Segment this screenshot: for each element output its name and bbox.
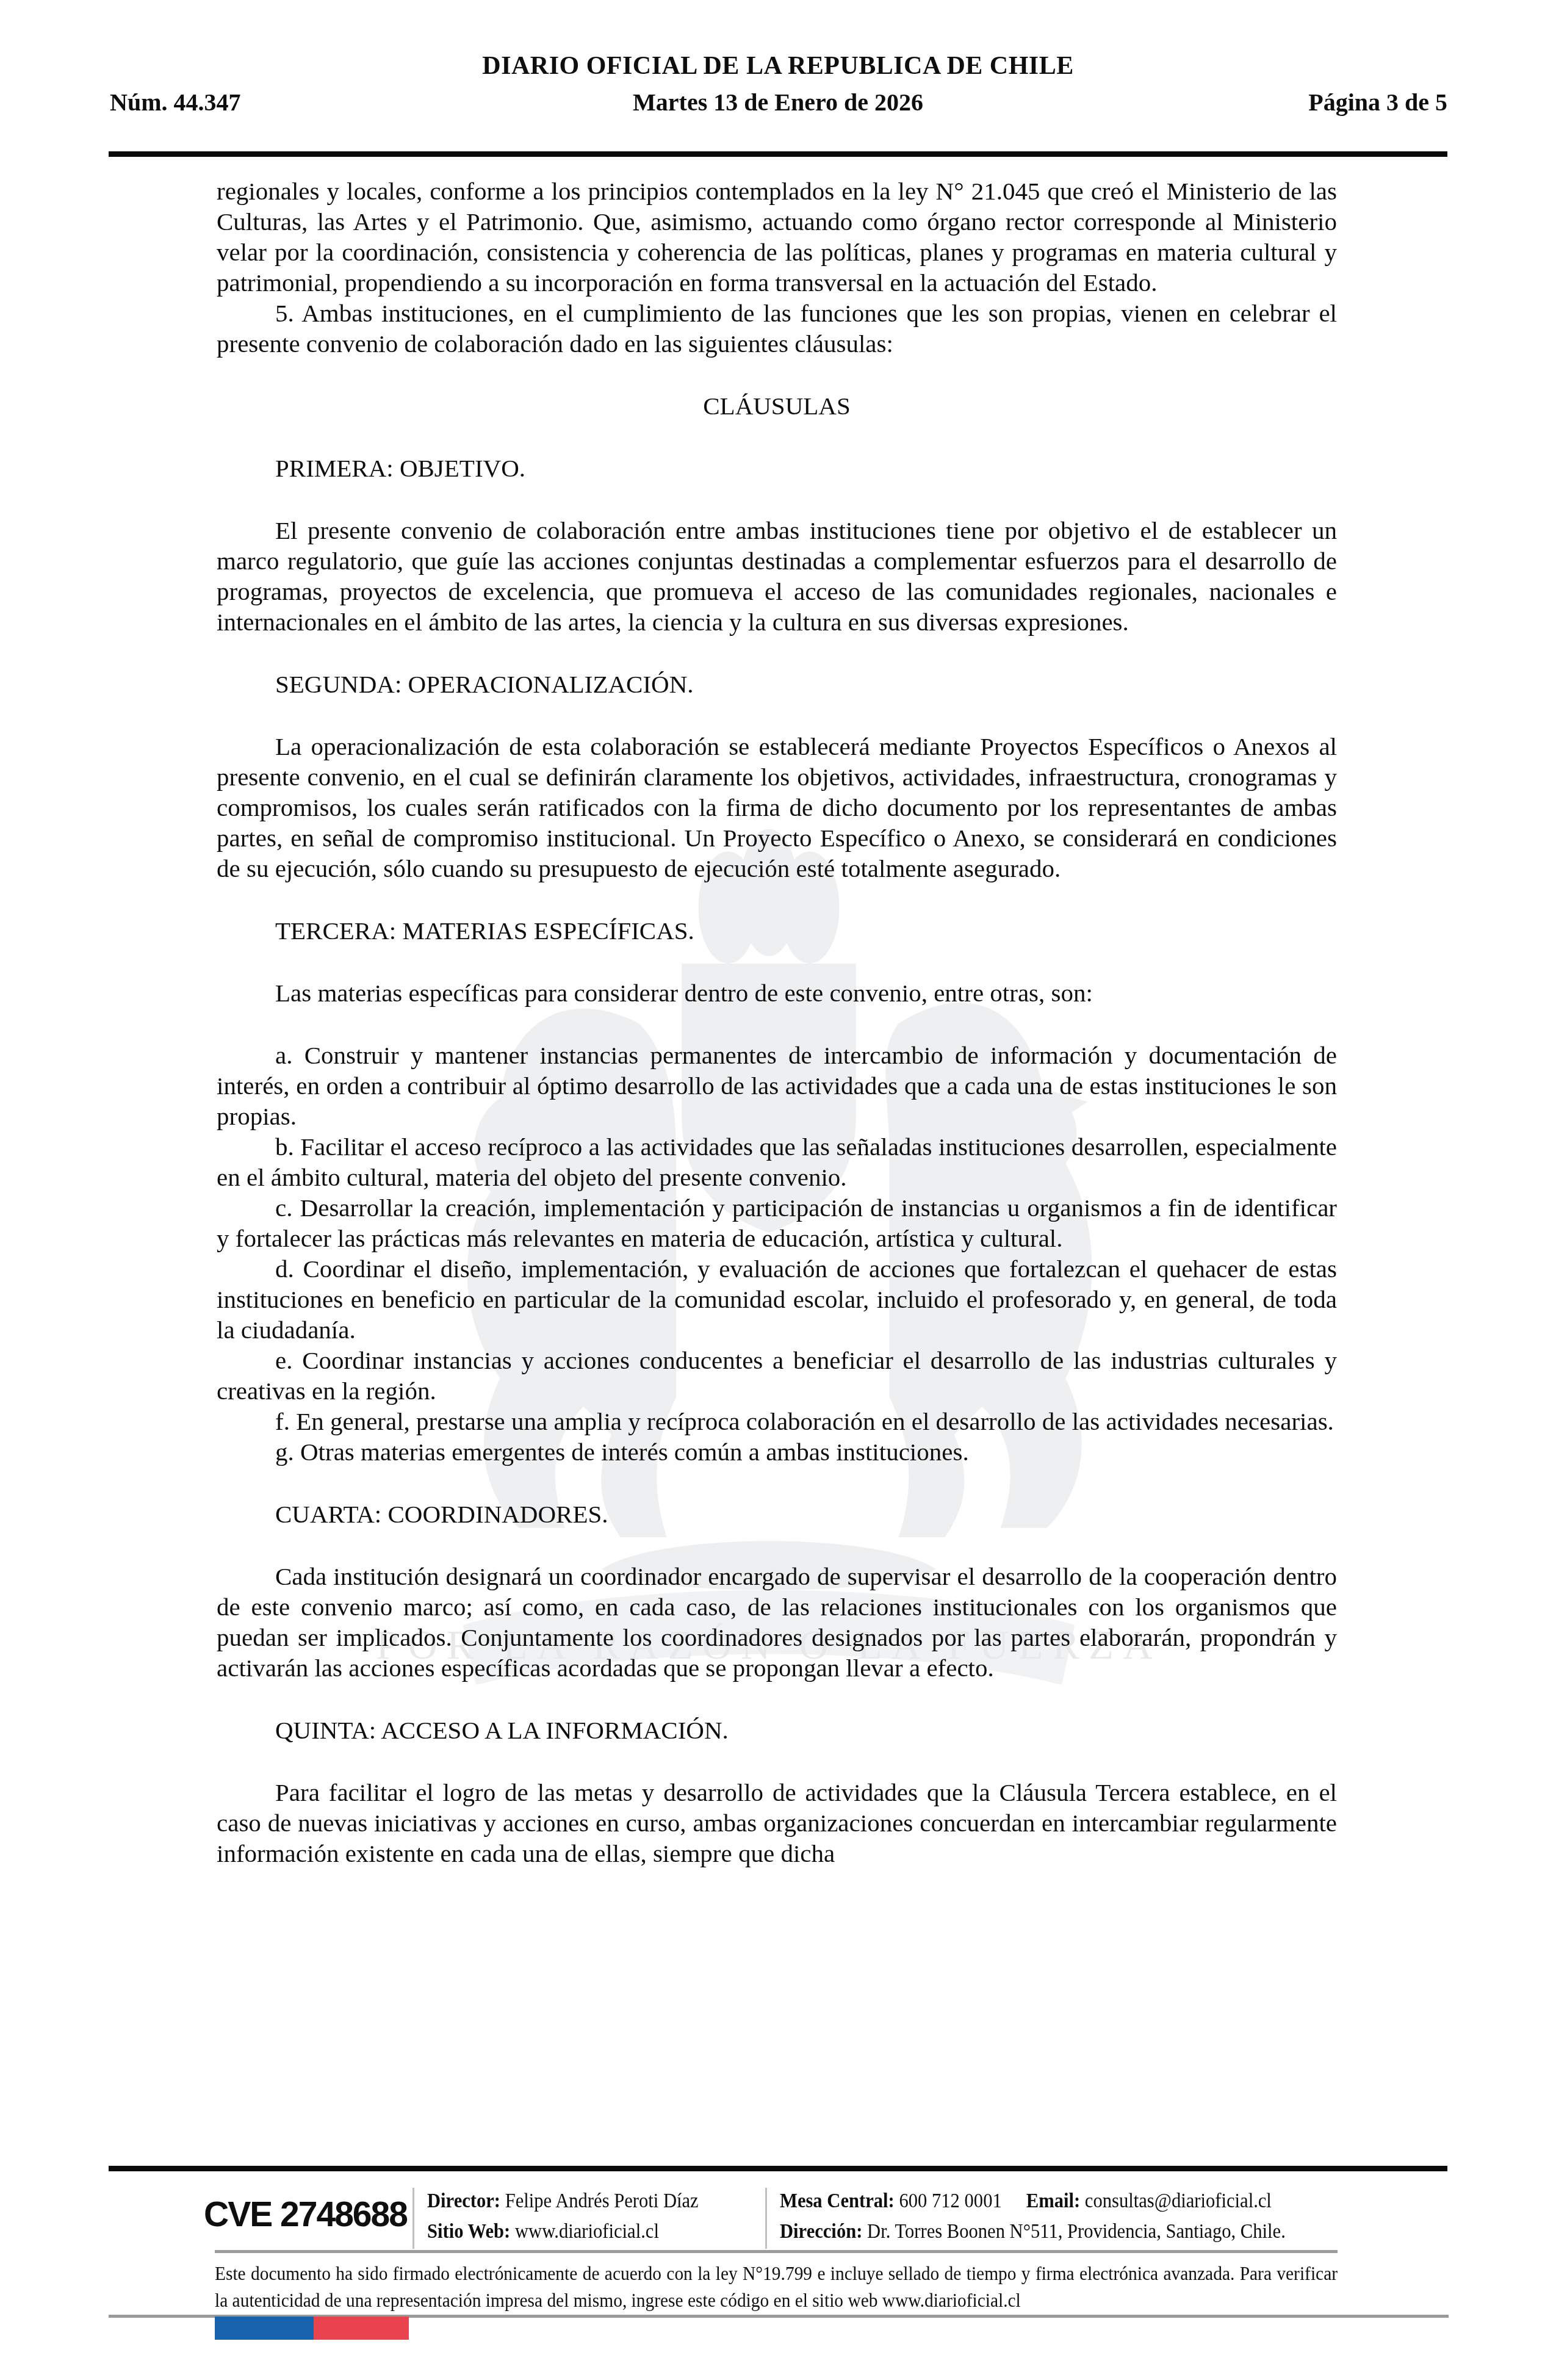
section-heading-segunda: SEGUNDA: OPERACIONALIZACIÓN. [217, 669, 1337, 699]
page-indicator: Página 3 de 5 [1308, 88, 1447, 117]
list-item-b: b. Facilitar el acceso recíproco a las a… [217, 1131, 1337, 1192]
clausulas-title: CLÁUSULAS [217, 391, 1337, 421]
paragraph-materias-intro: Las materias específicas para considerar… [217, 978, 1337, 1008]
section-heading-cuarta: CUARTA: COORDINADORES. [217, 1499, 1337, 1529]
list-item-c: c. Desarrollar la creación, implementaci… [217, 1192, 1337, 1253]
phone-label: Mesa Central: [780, 2190, 895, 2212]
header-rule [109, 151, 1447, 157]
list-item-a: a. Construir y mantener instancias perma… [217, 1040, 1337, 1131]
director-line: Director: Felipe Andrés Peroti Díaz [427, 2186, 699, 2216]
flag-blue-block [215, 2317, 314, 2340]
chile-flag-mark [215, 2317, 409, 2340]
director-label: Director: [427, 2190, 500, 2212]
footer-top-rule [109, 2166, 1447, 2171]
footer-divider-2 [765, 2188, 767, 2249]
address-value: Dr. Torres Boonen N°511, Providencia, Sa… [867, 2220, 1286, 2243]
email-label: Email: [1026, 2190, 1080, 2212]
footer-gray-rule-upper [215, 2250, 1338, 2253]
director-value: Felipe Andrés Peroti Díaz [505, 2190, 699, 2212]
list-item-e: e. Coordinar instancias y acciones condu… [217, 1345, 1337, 1406]
list-item-g: g. Otras materias emergentes de interés … [217, 1437, 1337, 1467]
list-item-d: d. Coordinar el diseño, implementación, … [217, 1253, 1337, 1345]
document-page: DIARIO OFICIAL DE LA REPUBLICA DE CHILE … [0, 0, 1556, 2380]
footer-divider-1 [412, 2188, 414, 2249]
publication-title: DIARIO OFICIAL DE LA REPUBLICA DE CHILE [0, 51, 1556, 81]
paragraph-continuation: regionales y locales, conforme a los pri… [217, 176, 1337, 298]
section-heading-primera: PRIMERA: OBJETIVO. [217, 453, 1337, 483]
paragraph-operacionalizacion: La operacionalización de esta colaboraci… [217, 731, 1337, 884]
email-value: consultas@diarioficial.cl [1085, 2190, 1272, 2212]
list-item-f: f. En general, prestarse una amplia y re… [217, 1406, 1337, 1437]
paragraph-objetivo: El presente convenio de colaboración ent… [217, 515, 1337, 637]
paragraph-acceso-informacion: Para facilitar el logro de las metas y d… [217, 1777, 1337, 1869]
address-label: Dirección: [780, 2220, 862, 2243]
website-label: Sitio Web: [427, 2220, 510, 2243]
footer-director-column: Director: Felipe Andrés Peroti Díaz Siti… [427, 2186, 699, 2247]
footer-contact-column: Mesa Central: 600 712 0001 Email: consul… [780, 2186, 1286, 2247]
cve-code: CVE 2748688 [204, 2194, 407, 2235]
body-text: regionales y locales, conforme a los pri… [217, 176, 1337, 1869]
flag-red-block [314, 2317, 409, 2340]
website-value: www.diarioficial.cl [515, 2220, 659, 2243]
paragraph-coordinadores: Cada institución designará un coordinado… [217, 1561, 1337, 1683]
section-heading-tercera: TERCERA: MATERIAS ESPECÍFICAS. [217, 915, 1337, 946]
section-heading-quinta: QUINTA: ACCESO A LA INFORMACIÓN. [217, 1715, 1337, 1745]
website-line: Sitio Web: www.diarioficial.cl [427, 2216, 699, 2247]
paragraph-item-5: 5. Ambas instituciones, en el cumplimien… [217, 298, 1337, 359]
signature-disclaimer: Este documento ha sido firmado electróni… [215, 2260, 1338, 2313]
address-line: Dirección: Dr. Torres Boonen N°511, Prov… [780, 2216, 1286, 2247]
phone-value: 600 712 0001 [899, 2190, 1001, 2212]
phone-email-line: Mesa Central: 600 712 0001 Email: consul… [780, 2186, 1286, 2216]
